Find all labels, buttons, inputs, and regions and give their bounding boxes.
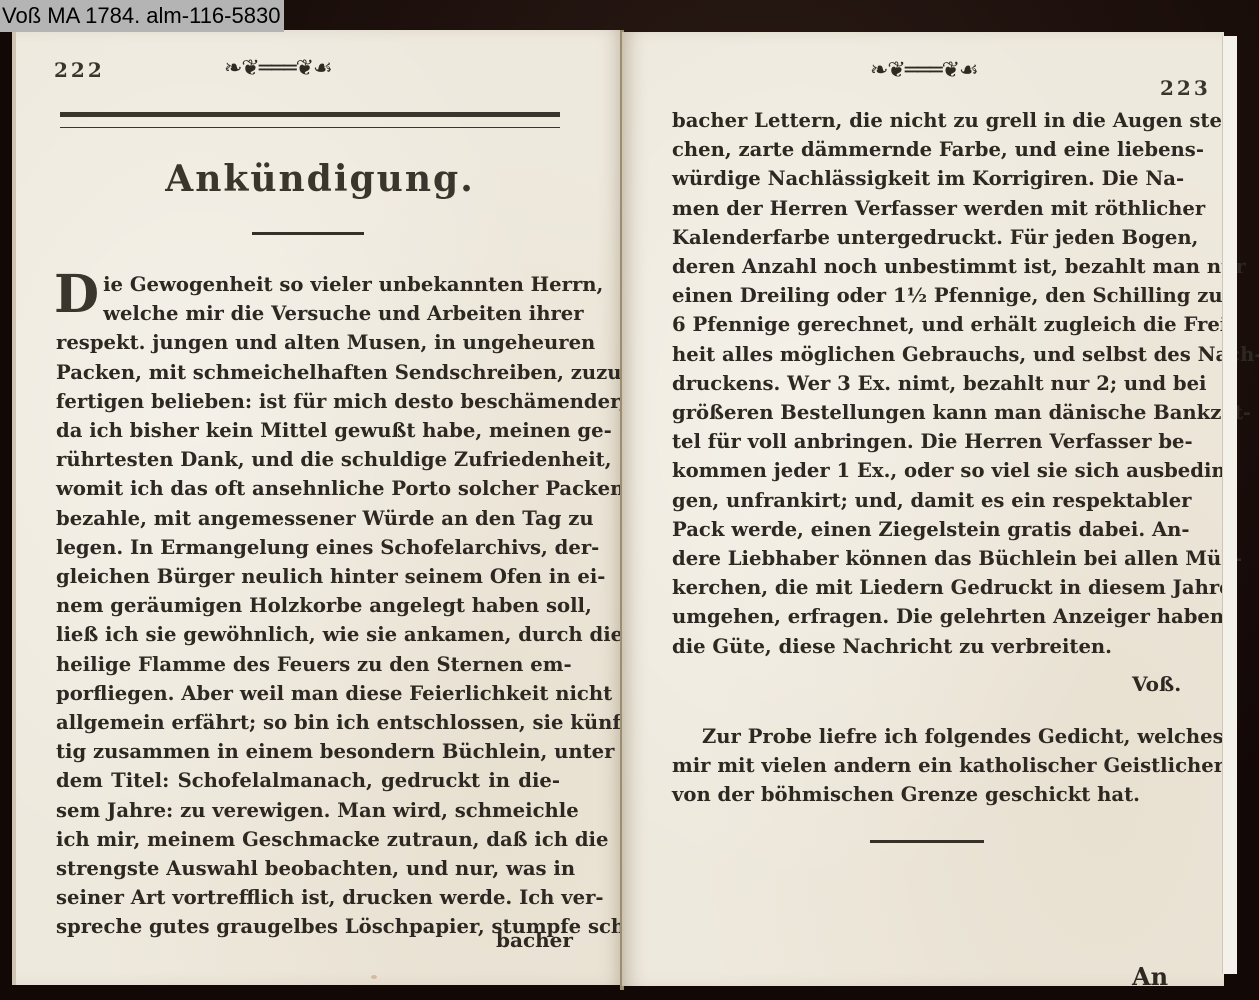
double-rule-divider bbox=[60, 112, 560, 128]
ornament-icon: ❧❦═══❦☙ bbox=[870, 58, 978, 83]
text-line: ie Gewogenheit so vieler unbekannten Her… bbox=[56, 270, 560, 299]
text-line: respekt. jungen und alten Musen, in unge… bbox=[56, 328, 560, 357]
text-line: von der böhmischen Grenze geschickt hat. bbox=[672, 780, 1182, 809]
text-line: bacher Lettern, die nicht zu grell in di… bbox=[672, 106, 1182, 135]
text-line: kerchen, die mit Liedern Gedruckt in die… bbox=[672, 573, 1182, 602]
text-line: rührtesten Dank, und die schuldige Zufri… bbox=[56, 445, 560, 474]
closing-paragraph: Zur Probe liefre ich folgendes Gedicht, … bbox=[672, 722, 1182, 810]
text-line: sem Jahre: zu verewigen. Man wird, schme… bbox=[56, 796, 560, 825]
text-line: heilige Flamme des Feuers zu den Sternen… bbox=[56, 650, 560, 679]
announcement-body: D ie Gewogenheit so vieler unbekannten H… bbox=[56, 270, 560, 942]
text-line: strengste Auswahl beobachten, und nur, w… bbox=[56, 854, 560, 883]
signature: Voß. bbox=[1132, 672, 1181, 696]
text-line: tig zusammen in einem besondern Büchlein… bbox=[56, 737, 560, 766]
text-line: fertigen belieben: ist für mich desto be… bbox=[56, 387, 560, 416]
text-line: welche mir die Versuche und Arbeiten ihr… bbox=[56, 299, 560, 328]
page-number-left: 222 bbox=[54, 58, 105, 82]
text-line: dere Liebhaber können das Büchlein bei a… bbox=[672, 544, 1182, 573]
text-line: porfliegen. Aber weil man diese Feierlic… bbox=[56, 679, 560, 708]
text-line: 6 Pfennige gerechnet, und erhält zugleic… bbox=[672, 310, 1182, 339]
text-line: gen, unfrankirt; und, damit es ein respe… bbox=[672, 486, 1182, 515]
text-line: Pack werde, einen Ziegelstein gratis dab… bbox=[672, 515, 1182, 544]
text-line: Zur Probe liefre ich folgendes Gedicht, … bbox=[672, 722, 1182, 751]
text-line: seiner Art vortrefflich ist, drucken wer… bbox=[56, 883, 560, 912]
page-number-right: 223 bbox=[1160, 76, 1211, 100]
text-line: größeren Bestellungen kann man dänische … bbox=[672, 398, 1182, 427]
text-line: tel für voll anbringen. Die Herren Verfa… bbox=[672, 427, 1182, 456]
text-line: chen, zarte dämmernde Farbe, und eine li… bbox=[672, 135, 1182, 164]
ornament-icon: ❧❦═══❦☙ bbox=[224, 56, 332, 81]
text-line: umgehen, erfragen. Die gelehrten Anzeige… bbox=[672, 602, 1182, 631]
text-line: einen Dreiling oder 1½ Pfennige, den Sch… bbox=[672, 281, 1182, 310]
paper-stain bbox=[371, 975, 377, 979]
short-rule-divider bbox=[870, 840, 984, 843]
page-edges bbox=[1222, 36, 1237, 974]
text-line: nem geräumigen Holzkorbe angelegt haben … bbox=[56, 591, 560, 620]
text-line: allgemein erfährt; so bin ich entschloss… bbox=[56, 708, 560, 737]
text-line: men der Herren Verfasser werden mit röth… bbox=[672, 194, 1182, 223]
text-line: deren Anzahl noch unbestimmt ist, bezahl… bbox=[672, 252, 1182, 281]
text-line: heit alles möglichen Gebrauchs, und selb… bbox=[672, 340, 1182, 369]
text-line: Packen, mit schmeichelhaften Sendschreib… bbox=[56, 358, 560, 387]
short-rule-divider bbox=[252, 232, 364, 235]
text-line: dem Titel: Schofelalmanach, gedruckt in … bbox=[56, 766, 560, 795]
text-line: Kalenderfarbe untergedruckt. Für jeden B… bbox=[672, 223, 1182, 252]
text-line: legen. In Ermangelung eines Schofelarchi… bbox=[56, 533, 560, 562]
scan-label: Voß MA 1784. alm-116-5830 bbox=[0, 0, 284, 32]
left-page: 222 ❧❦═══❦☙ Ankündigung. D ie Gewogenhei… bbox=[12, 30, 624, 985]
catchword-right: An bbox=[1132, 962, 1168, 991]
text-line: da ich bisher kein Mittel gewußt habe, m… bbox=[56, 416, 560, 445]
text-line: ich mir, meinem Geschmacke zutraun, daß … bbox=[56, 825, 560, 854]
announcement-continuation: bacher Lettern, die nicht zu grell in di… bbox=[672, 106, 1182, 661]
text-line: bezahle, mit angemessener Würde an den T… bbox=[56, 504, 560, 533]
text-line: womit ich das oft ansehnliche Porto solc… bbox=[56, 474, 560, 503]
text-line: mir mit vielen andern ein katholischer G… bbox=[672, 751, 1182, 780]
text-line: kommen jeder 1 Ex., oder so viel sie sic… bbox=[672, 456, 1182, 485]
drop-cap: D bbox=[54, 270, 99, 320]
page-title: Ankündigung. bbox=[16, 158, 624, 200]
text-line: gleichen Bürger neulich hinter seinem Of… bbox=[56, 562, 560, 591]
text-line: druckens. Wer 3 Ex. nimt, bezahlt nur 2;… bbox=[672, 369, 1182, 398]
text-line: spreche gutes graugelbes Löschpapier, st… bbox=[56, 912, 560, 941]
text-line: die Güte, diese Nachricht zu verbreiten. bbox=[672, 632, 1182, 661]
catchword-left: bacher bbox=[496, 928, 573, 952]
right-page: ❧❦═══❦☙ 223 bacher Lettern, die nicht zu… bbox=[622, 32, 1224, 986]
text-line: würdige Nachlässigkeit im Korrigiren. Di… bbox=[672, 164, 1182, 193]
text-line: ließ ich sie gewöhnlich, wie sie ankamen… bbox=[56, 620, 560, 649]
